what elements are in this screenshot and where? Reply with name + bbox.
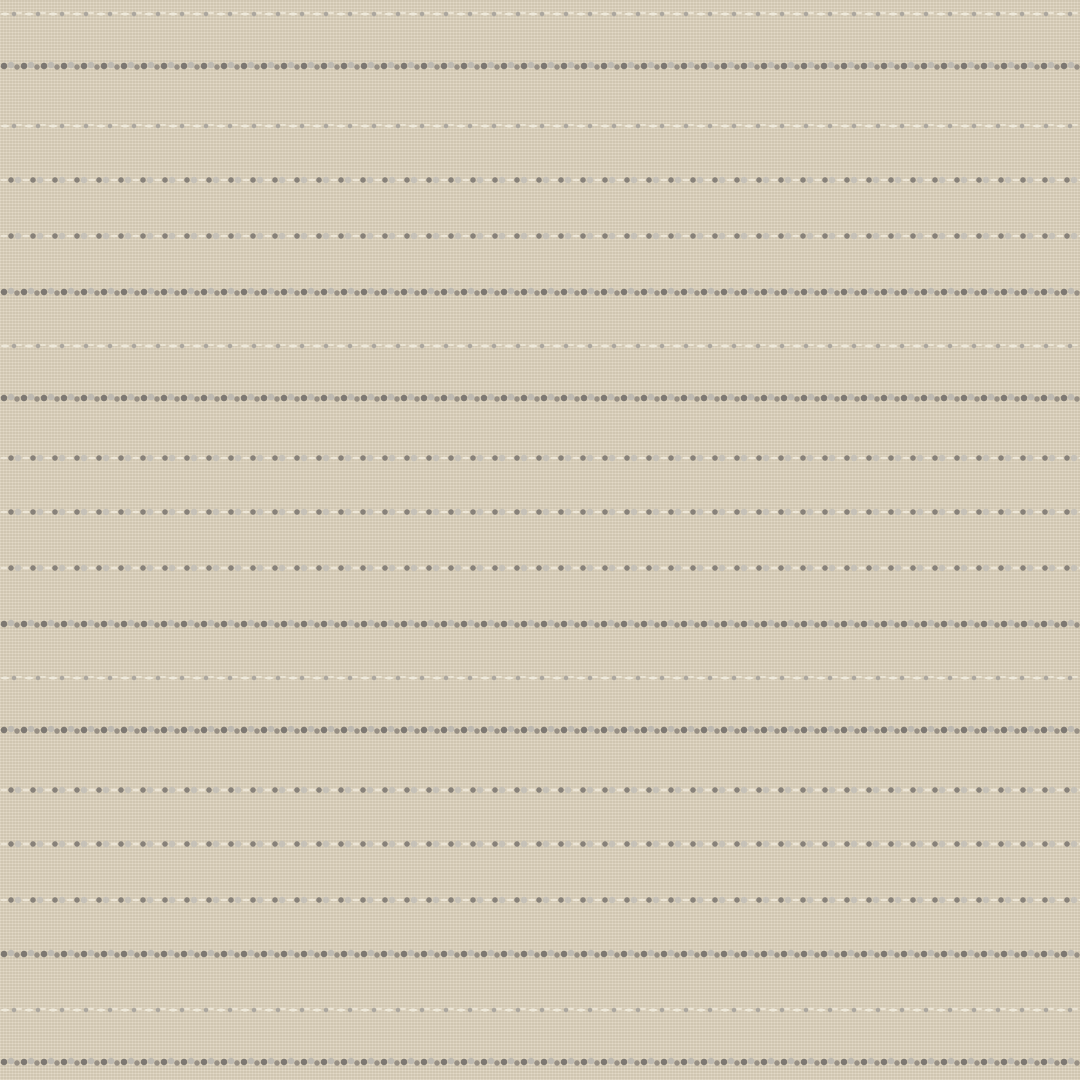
boucle-stripe [0,60,1080,72]
boucle-stripe [0,838,1080,850]
boucle-stripe [0,724,1080,736]
fabric-texture [0,0,1080,1080]
boucle-stripe [0,506,1080,518]
boucle-stripe [0,672,1080,684]
boucle-stripe [0,340,1080,352]
boucle-stripe [0,562,1080,574]
boucle-stripe [0,230,1080,242]
boucle-stripe [0,618,1080,630]
boucle-stripe [0,1004,1080,1016]
boucle-stripe [0,174,1080,186]
boucle-stripe [0,8,1080,20]
boucle-stripe [0,1056,1080,1068]
boucle-stripe [0,286,1080,298]
boucle-stripe [0,120,1080,132]
boucle-stripe [0,784,1080,796]
boucle-stripe [0,392,1080,404]
boucle-stripe [0,452,1080,464]
boucle-stripe [0,894,1080,906]
boucle-stripe [0,948,1080,960]
